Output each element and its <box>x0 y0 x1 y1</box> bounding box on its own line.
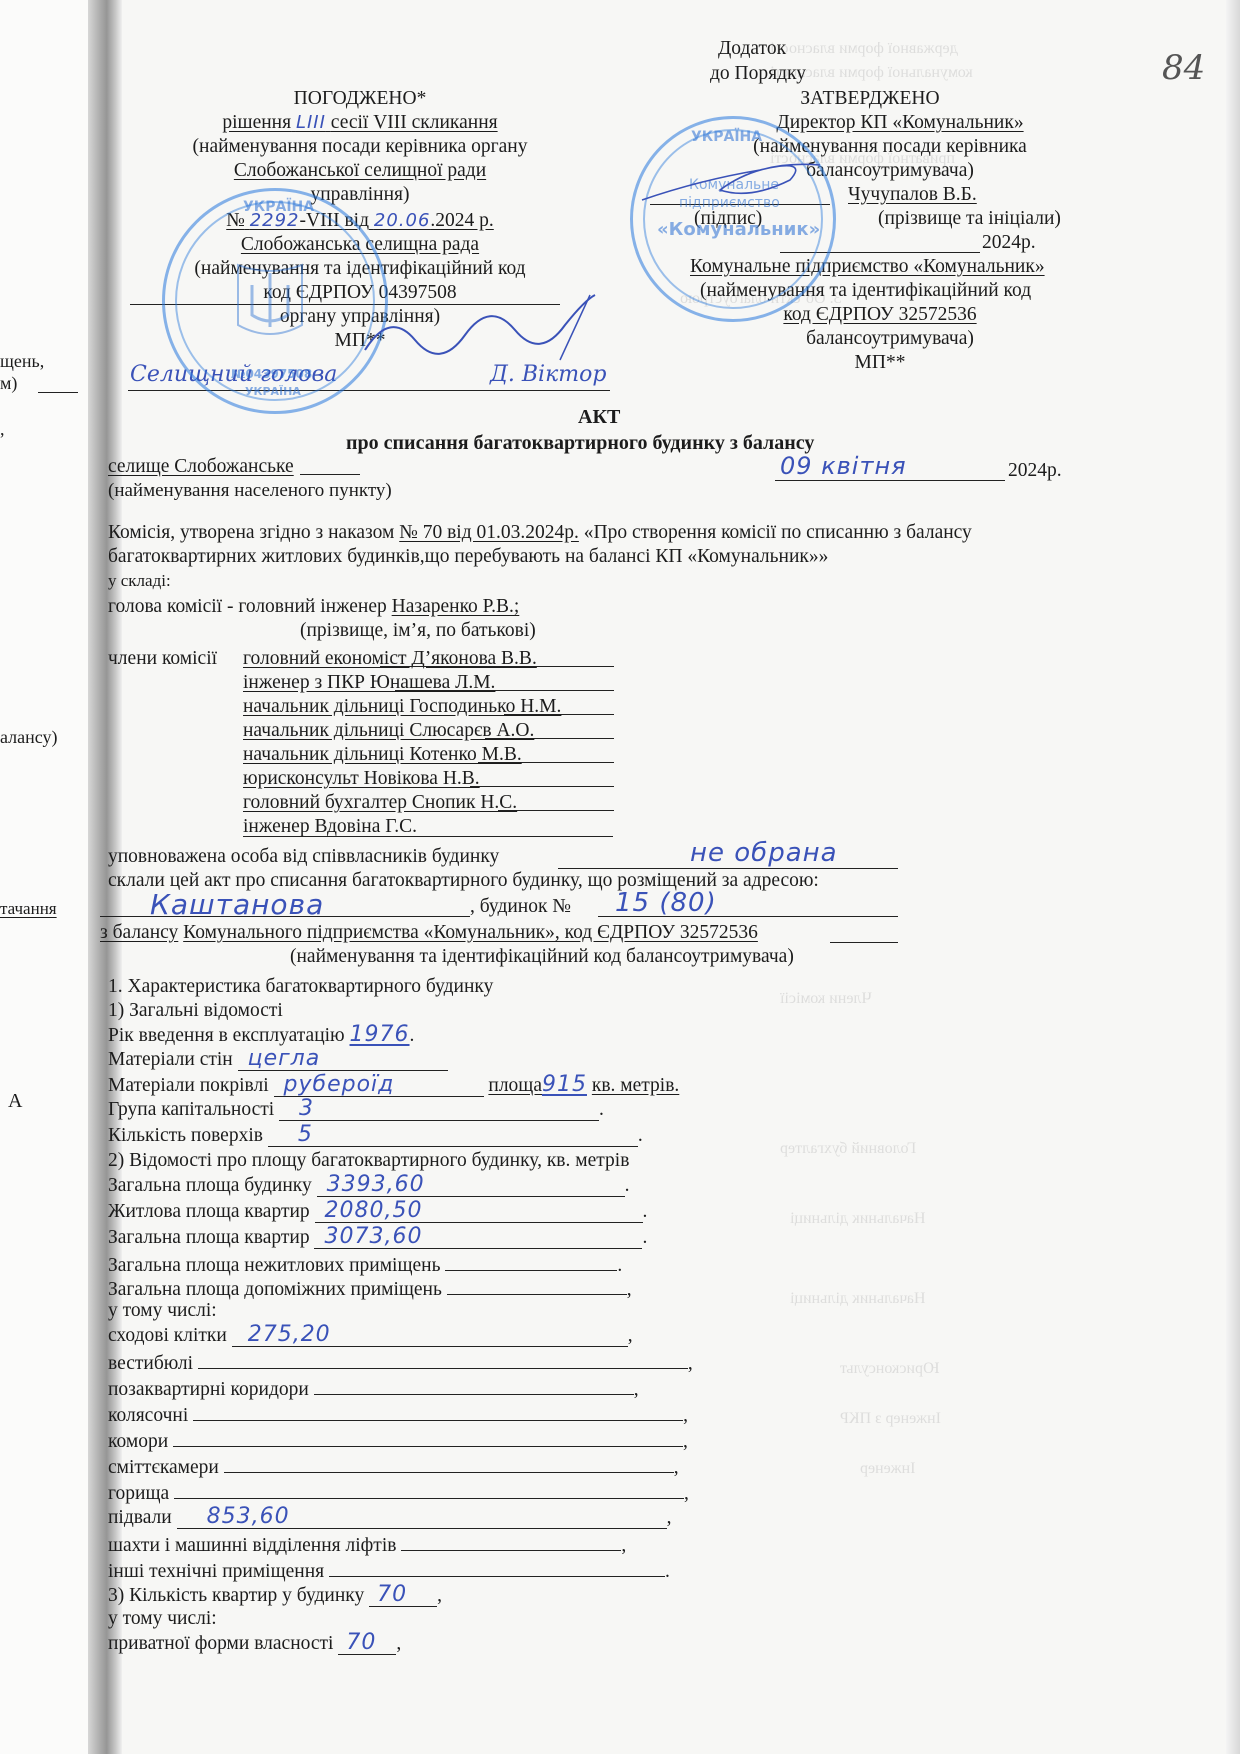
member-item: інженер Вдовіна Г.С. <box>243 816 417 838</box>
members-label: члени комісії <box>108 648 217 670</box>
apartments-row: 3) Кількість квартир у будинку 70, <box>108 1584 442 1607</box>
page-edge <box>1226 0 1240 1754</box>
act-date-year: 2024р. <box>1008 460 1062 482</box>
agreed-council-name: Слобожанської селищної ради <box>160 160 560 182</box>
chair-name-caption: (прізвище, ім’я, по батькові) <box>300 620 536 642</box>
left-fragment: алансу) <box>0 726 58 748</box>
act-title: АКТ <box>578 406 620 428</box>
general-item: Матеріали покрівлі рубероїд площа915 кв.… <box>108 1074 679 1097</box>
approved-holder-caption: балансоутримувача) <box>740 328 1040 350</box>
aux-item: шахти і машинні відділення ліфтів , <box>108 1532 626 1557</box>
act-subtitle: про списання багатоквартирного будинку з… <box>346 432 814 454</box>
commission-order-title: багатоквартирних житлових будинків,що пе… <box>108 546 828 568</box>
commission-intro: Комісія, утворена згідно з наказом № 70 … <box>108 522 972 544</box>
act-date-handwritten: 09 квітня <box>780 452 907 480</box>
approved-year: 2024р. <box>982 232 1036 254</box>
director-signature-icon <box>640 150 830 210</box>
aux-item: позаквартирні коридори , <box>108 1376 639 1401</box>
approved-seal-mark: МП** <box>780 352 980 374</box>
characteristics-title: 1. Характеристика багатоквартирного буди… <box>108 976 493 998</box>
aux-item: горища , <box>108 1480 689 1505</box>
approved-name-caption: (прізвище та ініціали) <box>878 208 1061 230</box>
approved-name: Чучупалов В.Б. <box>848 184 977 206</box>
approved-title: ЗАТВЕРДЖЕНО <box>740 88 1000 110</box>
act-settlement: селище Слобожанське <box>108 456 294 478</box>
aux-item: інші технічні приміщення . <box>108 1558 670 1583</box>
trident-emblem-icon <box>230 255 310 345</box>
adjacent-page-sliver <box>0 0 88 1754</box>
area-item: Житлова площа квартир 2080,50. <box>108 1200 647 1223</box>
area-item: Загальна площа допоміжних приміщень , <box>108 1276 632 1301</box>
general-item: Матеріали стін цегла <box>108 1048 448 1071</box>
aux-item: сміттєкамери , <box>108 1454 679 1479</box>
approved-position: Директор КП «Комунальник» <box>740 112 1060 134</box>
house-label: , будинок № <box>470 896 571 918</box>
chair-row: голова комісії - головний інженер Назаре… <box>108 596 519 618</box>
aux-item: колясочні , <box>108 1402 688 1427</box>
left-fragment: тачання <box>0 898 57 920</box>
area-title: 2) Відомості про площу багатоквартирного… <box>108 1150 629 1172</box>
aux-item: підвали 853,60, <box>108 1506 671 1529</box>
left-fragment: , <box>0 418 5 440</box>
general-item: Група капітальності 3. <box>108 1098 604 1121</box>
aux-item: комори , <box>108 1428 688 1453</box>
agreed-position-caption: (найменування посади керівника органу <box>120 136 600 158</box>
company-seal-stamp: УКРАЇНА Комунальне підприємство «Комунал… <box>630 116 836 322</box>
authorized-label: уповноважена особа від співвласників буд… <box>108 846 499 868</box>
including-label: у тому числі: <box>108 1300 217 1322</box>
left-fragment: м) <box>0 372 17 394</box>
area-item: Загальна площа квартир 3073,60. <box>108 1226 647 1249</box>
annex-line-1: Додаток <box>718 38 786 60</box>
page-number: 84 <box>1162 48 1205 88</box>
general-title: 1) Загальні відомості <box>108 1000 283 1022</box>
house-handwritten: 15 (80) <box>615 888 717 918</box>
general-item: Рік введення в експлуатацію 1976. <box>108 1024 414 1047</box>
composition-label: у складі: <box>108 570 171 592</box>
aux-item: вестибюлі , <box>108 1350 693 1375</box>
aux-item: сходові клітки 275,20, <box>108 1324 633 1347</box>
document-page: щень, м) , алансу) тачання А державної ф… <box>0 0 1240 1754</box>
balance-row: з балансу Комунального підприємства «Ком… <box>100 922 758 944</box>
general-item: Кількість поверхів 5. <box>108 1124 643 1147</box>
area-item: Загальна площа нежитлових приміщень . <box>108 1252 622 1277</box>
left-fragment: А <box>8 1090 22 1112</box>
private-row: приватної форми власності 70, <box>108 1632 401 1655</box>
balance-caption: (найменування та ідентифікаційний код ба… <box>290 946 794 968</box>
agreed-decision: рішення LIII сесії VIII скликання <box>160 112 560 134</box>
decision-session-handwritten: LIII <box>296 112 326 133</box>
authorized-value: не обрана <box>690 838 838 868</box>
left-fragment: щень, <box>0 350 44 372</box>
annex-line-2: до Порядку <box>710 63 806 85</box>
signature-scribble-icon <box>360 290 600 370</box>
including-label-2: у тому числі: <box>108 1608 217 1630</box>
area-item: Загальна площа будинку 3393,60. <box>108 1174 630 1197</box>
act-settlement-caption: (найменування населеного пункту) <box>108 480 392 502</box>
agreed-title: ПОГОДЖЕНО* <box>160 88 560 110</box>
